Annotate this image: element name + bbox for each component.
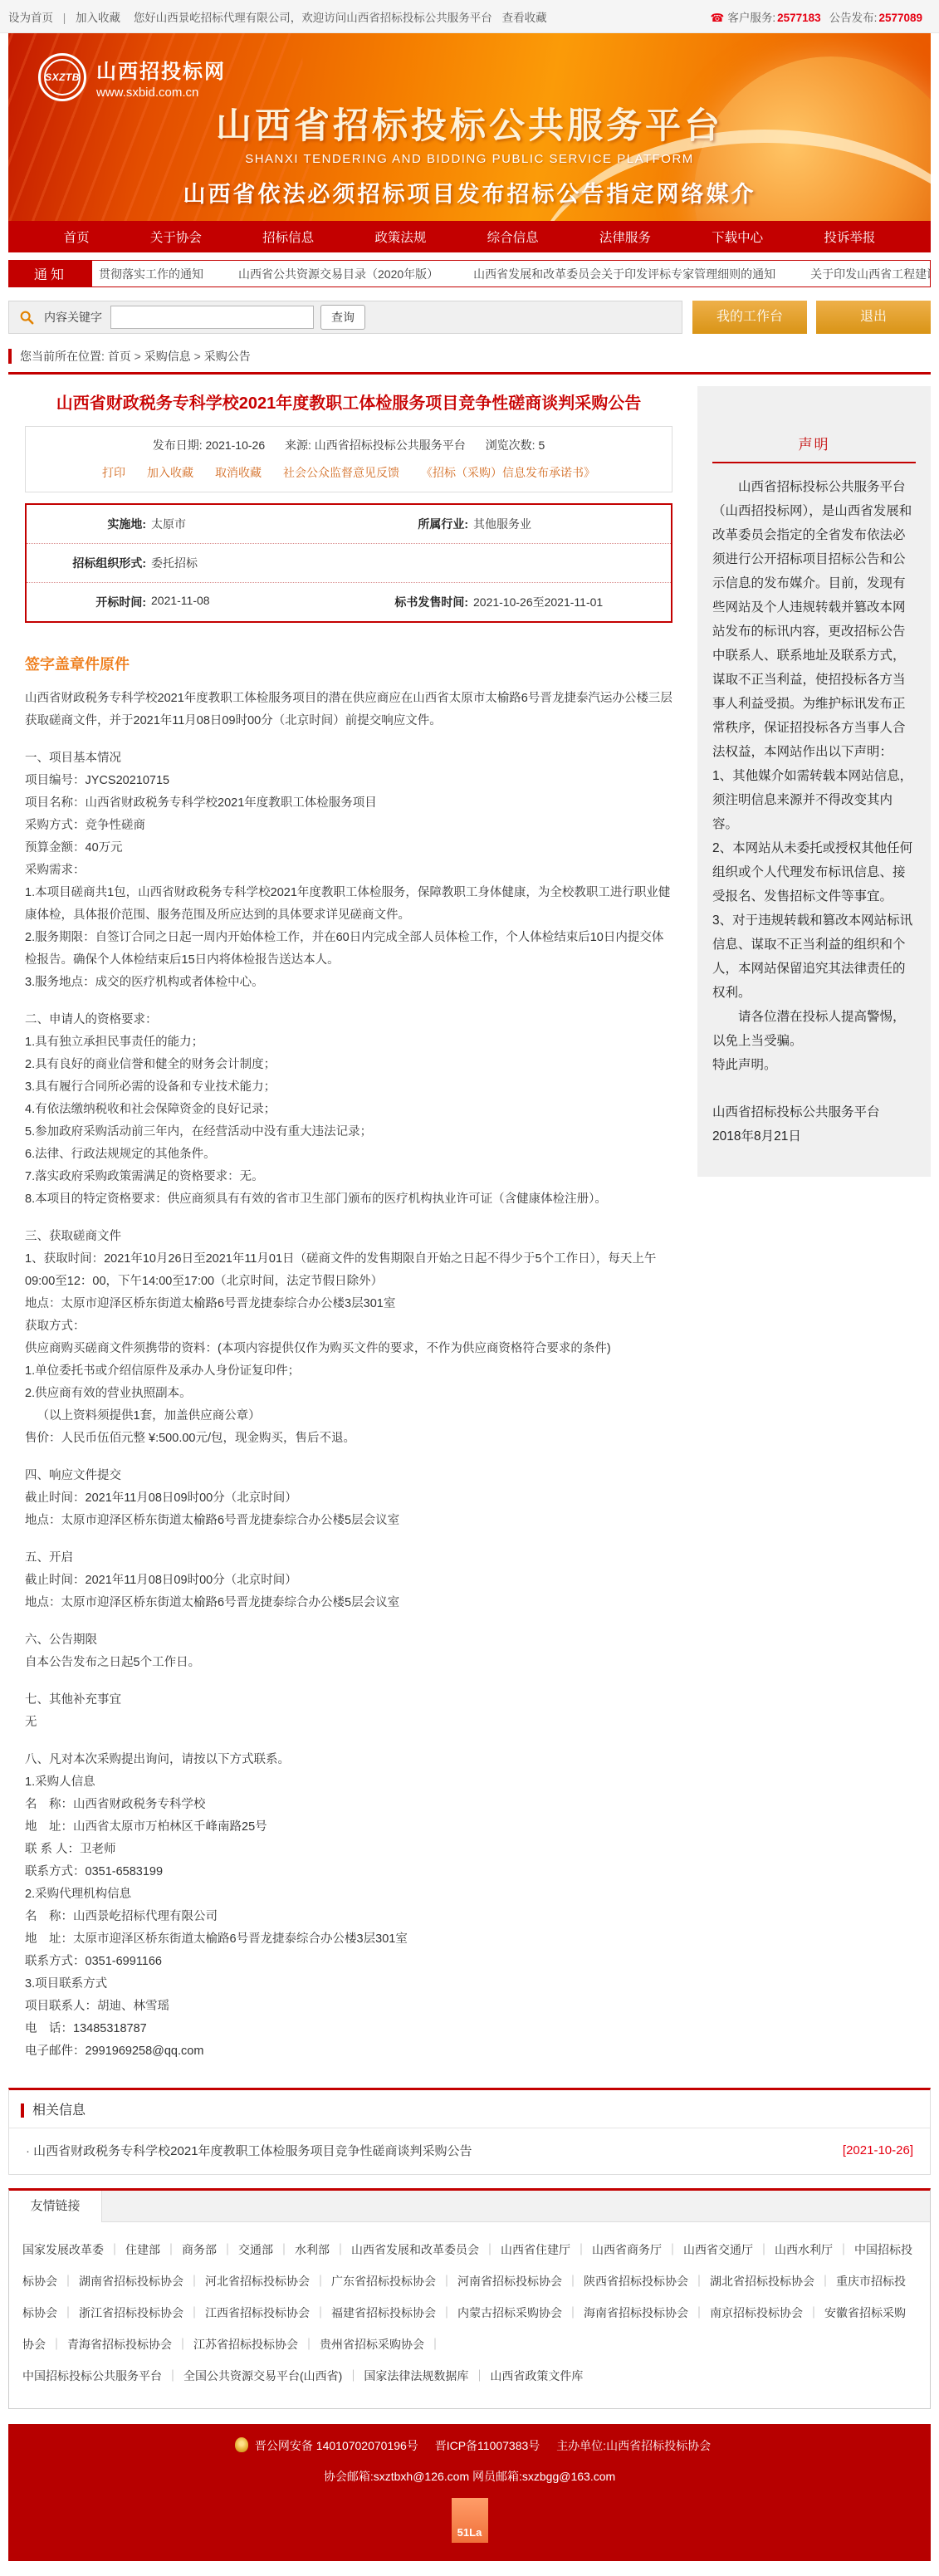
site-name: 山西招投标网 [96, 55, 226, 84]
article-line: 名 称：山西省财政税务专科学校 [25, 1794, 672, 1816]
article-line: 1.采购人信息 [25, 1771, 672, 1794]
publish-phone: 2577089 [878, 12, 922, 24]
table-row: 招标组织形式:委托招标 [27, 544, 671, 583]
article-line: 1.单位委托书或介绍信原件及承办人身份证复印件； [25, 1360, 672, 1383]
member-email: 网员邮箱:sxzbgg@163.com [472, 2470, 615, 2483]
logo-acronym: SXZTB [45, 71, 80, 83]
sale-value: 2021-10-26至2021-11-01 [473, 594, 603, 610]
meta-action-link[interactable]: 打印 [102, 466, 125, 479]
friend-link[interactable]: 广东省招标投标协会 [331, 2275, 457, 2288]
impl-label: 实施地: [27, 516, 151, 532]
notice-item-link[interactable]: 山西省发展和改革委员会关于印发评标专家管理细则的通知 [473, 267, 775, 281]
article-line: 项目联系人：胡迪、林雪瑶 [25, 1996, 672, 2018]
site-url: www.sxbid.com.cn [96, 86, 226, 100]
friend-link[interactable]: 山西省发展和改革委员会 [351, 2243, 501, 2256]
article-line: （以上资料须提供1套，加盖供应商公章） [25, 1405, 672, 1428]
article-line: 联 系 人：卫老师 [25, 1839, 672, 1861]
friend-link[interactable]: 河北省招标投标协会 [205, 2275, 331, 2288]
friend-link[interactable]: 贵州省招标采购协会 [320, 2338, 446, 2351]
doc-heading: 签字盖章件原件 [25, 653, 672, 674]
friend-link[interactable]: 山西省交通厅 [683, 2243, 775, 2256]
logout-button[interactable]: 退出 [816, 301, 931, 334]
site-logo[interactable]: SXZTB 山西招投标网 www.sxbid.com.cn [38, 53, 226, 101]
related-item-link[interactable]: 山西省财政税务专科学校2021年度教职工体检服务项目竞争性磋商谈判采购公告 [26, 2142, 472, 2159]
friend-link[interactable]: 江西省招标投标协会 [205, 2306, 331, 2319]
announcement-body: 签字盖章件原件 山西省财政税务专科学校2021年度教职工体检服务项目的潜在供应商… [25, 653, 672, 2063]
meta-action-link[interactable]: 《招标（采购）信息发布承诺书》 [421, 466, 595, 479]
friend-link[interactable]: 浙江省招标投标协会 [79, 2306, 205, 2319]
article-line: 供应商购买磋商文件须携带的资料：(本项内容提供仅作为购买文件的要求，不作为供应商… [25, 1338, 672, 1360]
friend-link[interactable]: 湖南省招标投标协会 [79, 2275, 205, 2288]
friend-link[interactable]: 湖北省招标投标协会 [710, 2275, 836, 2288]
icp-number: 晋ICP备11007383号 [435, 2439, 540, 2452]
platform-title-en: SHANXI TENDERING AND BIDDING PUBLIC SERV… [8, 152, 931, 166]
friend-link[interactable]: 内蒙古招标采购协会 [457, 2306, 584, 2319]
meta-actions: 打印加入收藏取消收藏社会公众监督意见反馈《招标（采购）信息发布承诺书》 [26, 464, 672, 481]
notice-label: 通知 [9, 261, 92, 286]
friend-links-box: 友情链接 国家发展改革委住建部商务部交通部水利部山西省发展和改革委员会山西省住建… [8, 2188, 931, 2409]
notice-item-link[interactable]: 关于印发山西省工程建设领域 [810, 267, 930, 281]
topbar-left: 设为首页 | 加入收藏 您好山西景屹招标代理有限公司，欢迎访问山西省招标投标公共… [8, 8, 547, 25]
article-line: 1.具有独立承担民事责任的能力； [25, 1031, 672, 1054]
org-label: 招标组织形式: [27, 555, 151, 571]
article-line: 预算金额：40万元 [25, 837, 672, 859]
article-line: 二、申请人的资格要求： [25, 1009, 672, 1031]
search-icon [19, 310, 34, 325]
nav-item[interactable]: 下载中心 [712, 228, 763, 246]
article-line: 2.供应商有效的营业执照副本。 [25, 1383, 672, 1405]
site-banner: SXZTB 山西招投标网 www.sxbid.com.cn 山西省招标投标公共服… [8, 33, 931, 221]
breadcrumb-item[interactable]: 采购信息 [144, 350, 204, 363]
nav-item[interactable]: 首页 [64, 228, 90, 246]
friend-link[interactable]: 江苏省招标投标协会 [193, 2338, 320, 2351]
article-line: 地 址：山西省太原市万柏林区千峰南路25号 [25, 1816, 672, 1839]
declaration-paragraph: 2、本网站从未委托或授权其他任何组织或个人代理发布标讯信息、接受报名、发售招标文… [712, 836, 916, 908]
declaration-sidebar: 声明 山西省招标投标公共服务平台（山西招投标网），是山西省发展和改革委员会指定的… [697, 386, 931, 1177]
friend-link[interactable]: 山西省商务厅 [592, 2243, 683, 2256]
security-badge-icon [235, 2437, 248, 2452]
friend-link[interactable]: 青海省招标投标协会 [67, 2338, 193, 2351]
article-line [25, 1450, 672, 1465]
friend-link[interactable]: 中国招标投标公共服务平台 [22, 2369, 183, 2383]
keyword-label: 内容关键字 [44, 309, 102, 326]
declaration-paragraph: 山西省招标投标公共服务平台（山西招投标网），是山西省发展和改革委员会指定的全省发… [712, 475, 916, 764]
nav-item[interactable]: 关于协会 [150, 228, 202, 246]
article-line [25, 994, 672, 1009]
article-line: 四、响应文件提交 [25, 1465, 672, 1487]
search-box: 内容关键字 查询 [8, 301, 682, 334]
friend-links-tab[interactable]: 友情链接 [9, 2191, 102, 2222]
publish-date: 发布日期: 2021-10-26 [153, 438, 265, 452]
top-utility-bar: 设为首页 | 加入收藏 您好山西景屹招标代理有限公司，欢迎访问山西省招标投标公共… [0, 0, 939, 33]
article-line: 8.本项目的特定资格要求：供应商须具有有效的省市卫生部门颁布的医疗机构执业许可证… [25, 1188, 672, 1211]
nav-item[interactable]: 招标信息 [262, 228, 314, 246]
article-line: 5.参加政府采购活动前三年内，在经营活动中没有重大违法记录； [25, 1121, 672, 1144]
meta-action-link[interactable]: 社会公众监督意见反馈 [283, 466, 399, 479]
industry-label: 所属行业: [349, 516, 473, 532]
declaration-paragraph: 2018年8月21日 [712, 1124, 916, 1148]
article-line: 联系方式：0351-6583199 [25, 1861, 672, 1883]
declaration-paragraph: 1、其他媒介如需转载本网站信息，须注明信息来源并不得改变其内容。 [712, 764, 916, 836]
workbench-button[interactable]: 我的工作台 [692, 301, 807, 334]
platform-tagline: 山西省依法必须招标项目发布招标公告指定网络媒介 [8, 176, 931, 208]
article-line: 自本公告发布之日起5个工作日。 [25, 1652, 672, 1674]
notice-item-link[interactable]: 山西省公共资源交易目录（2020年版） [238, 267, 438, 281]
set-home-link[interactable]: 设为首页 [8, 12, 53, 24]
logo-circle-icon: SXZTB [38, 53, 86, 101]
query-button[interactable]: 查询 [320, 305, 365, 330]
announcement-column: 山西省财政税务专科学校2021年度教职工体检服务项目竞争性磋商谈判采购公告 发布… [8, 386, 686, 2063]
article-line: 3.项目联系方式 [25, 1973, 672, 1996]
table-row: 开标时间:2021-11-08 标书发售时间:2021-10-26至2021-1… [27, 583, 671, 621]
friend-link[interactable]: 山西省住建厅 [501, 2243, 592, 2256]
article-line: 售价：人民币伍佰元整 ¥:500.00元/包，现金购买，售后不退。 [25, 1428, 672, 1450]
friend-link[interactable]: 南京招标投标协会 [710, 2306, 824, 2319]
org-value: 委托招标 [151, 555, 198, 571]
article-line [25, 1614, 672, 1629]
friend-link[interactable]: 海南省招标投标协会 [584, 2306, 710, 2319]
declaration-paragraph: 3、对于违规转载和篡改本网站标讯信息、谋取不正当利益的组织和个人，本网站保留追究… [712, 908, 916, 1005]
notice-bar: 通知 贯彻落实工作的通知山西省公共资源交易目录（2020年版）山西省发展和改革委… [8, 260, 931, 287]
article-line [25, 732, 672, 747]
meta-action-link[interactable]: 加入收藏 [147, 466, 193, 479]
beian-entry: 晋公网安备 14010702070196号 [228, 2439, 418, 2452]
article-line: 6.法律、行政法规规定的其他条件。 [25, 1144, 672, 1166]
main-nav: 首页关于协会招标信息政策法规综合信息法律服务下载中心投诉举报 [8, 221, 931, 252]
declaration-paragraph: 特此声明。 [712, 1053, 916, 1077]
notice-marquee: 贯彻落实工作的通知山西省公共资源交易目录（2020年版）山西省发展和改革委员会关… [92, 261, 930, 286]
table-row: 实施地:太原市 所属行业:其他服务业 [27, 505, 671, 544]
view-count: 浏览次数: 5 [486, 438, 545, 452]
article-line [25, 1211, 672, 1226]
article-line: 1、获取时间：2021年10月26日至2021年11月01日（磋商文件的发售期限… [25, 1248, 672, 1293]
keyword-input[interactable] [110, 306, 314, 329]
declaration-paragraph: 请各位潜在投标人提高警惕，以免上当受骗。 [712, 1005, 916, 1053]
announcement-title: 山西省财政税务专科学校2021年度教职工体检服务项目竞争性磋商谈判采购公告 [25, 393, 672, 414]
announcement-meta-box: 发布日期: 2021-10-26 来源: 山西省招标投标公共服务平台 浏览次数:… [25, 426, 672, 492]
article-line: 地点：太原市迎泽区桥东街道太榆路6号晋龙捷泰综合办公楼5层会议室 [25, 1592, 672, 1614]
nav-item[interactable]: 综合信息 [487, 228, 539, 246]
related-item-date: [2021-10-26] [843, 2143, 913, 2157]
article-line: 五、开启 [25, 1547, 672, 1570]
bottom-gap [0, 2561, 939, 2576]
nav-item[interactable]: 政策法规 [374, 228, 426, 246]
project-info-table: 实施地:太原市 所属行业:其他服务业 招标组织形式:委托招标 开标时间:2021… [25, 503, 672, 623]
article-line: 截止时间：2021年11月08日09时00分（北京时间） [25, 1487, 672, 1510]
article-line: 项目编号：JYCS20210715 [25, 770, 672, 792]
beian-link[interactable]: 晋公网安备 14010702070196号 [255, 2439, 418, 2452]
article-line: 采购需求： [25, 859, 672, 882]
phone-icon: ☎ [711, 12, 725, 24]
source: 来源: 山西省招标投标公共服务平台 [285, 438, 466, 452]
association-email: 协会邮箱:sxztbxh@126.com [324, 2470, 469, 2483]
article-line [25, 1734, 672, 1749]
article-line: 一、项目基本情况 [25, 747, 672, 770]
article-line: 六、公告期限 [25, 1629, 672, 1652]
visit-counter-badge[interactable]: 51La [452, 2498, 488, 2543]
open-label: 开标时间: [27, 594, 151, 610]
article-line: 电子邮件：2991969258@qq.com [25, 2040, 672, 2063]
related-info-box: 相关信息 山西省财政税务专科学校2021年度教职工体检服务项目竞争性磋商谈判采购… [8, 2088, 931, 2175]
breadcrumb-item[interactable]: 首页 [108, 350, 144, 363]
declaration-title: 声明 [712, 433, 916, 463]
friend-link[interactable]: 福建省招标投标协会 [331, 2306, 457, 2319]
sale-label: 标书发售时间: [349, 594, 473, 610]
friend-link[interactable]: 国家发展改革委 [22, 2243, 125, 2256]
open-value: 2021-11-08 [151, 594, 210, 610]
friend-link[interactable]: 商务部 [182, 2243, 238, 2256]
article-line: 八、凡对本次采购提出询问，请按以下方式联系。 [25, 1749, 672, 1771]
meta-line: 发布日期: 2021-10-26 来源: 山西省招标投标公共服务平台 浏览次数:… [26, 437, 672, 453]
friend-link[interactable]: 山西省政策文件库 [490, 2369, 593, 2383]
article-line: 截止时间：2021年11月08日09时00分（北京时间） [25, 1570, 672, 1592]
industry-value: 其他服务业 [473, 516, 531, 532]
article-line: 三、获取磋商文件 [25, 1226, 672, 1248]
friend-link[interactable]: 国家法律法规数据库 [364, 2369, 490, 2383]
friend-link[interactable]: 水利部 [295, 2243, 351, 2256]
user-greeting: 您好山西景屹招标代理有限公司，欢迎访问山西省招标投标公共服务平台 [134, 12, 492, 24]
article-line [25, 1674, 672, 1689]
nav-item[interactable]: 法律服务 [599, 228, 651, 246]
service-label: 客户服务: [727, 12, 775, 24]
article-line: 电 话：13485318787 [25, 2018, 672, 2040]
page-footer: 晋公网安备 14010702070196号 晋ICP备11007383号 主办单… [8, 2424, 931, 2561]
article-line: 2.具有良好的商业信誉和健全的财务会计制度； [25, 1054, 672, 1076]
article-line: 2.采购代理机构信息 [25, 1883, 672, 1906]
friend-link[interactable]: 住建部 [125, 2243, 182, 2256]
notice-item-link[interactable]: 贯彻落实工作的通知 [99, 267, 203, 281]
search-row: 内容关键字 查询 我的工作台 退出 [8, 301, 931, 334]
article-line: 地 址：太原市迎泽区桥东街道太榆路6号晋龙捷泰综合办公楼3层301室 [25, 1928, 672, 1951]
article-line [25, 1532, 672, 1547]
article-line: 七、其他补充事宜 [25, 1689, 672, 1712]
article-line: 3.具有履行合同所必需的设备和专业技术能力； [25, 1076, 672, 1099]
friend-link[interactable]: 全国公共资源交易平台(山西省) [183, 2369, 364, 2383]
related-title: 相关信息 [21, 2103, 86, 2118]
publish-label: 公告发布: [829, 12, 878, 24]
breadcrumb: 您当前所在位置: 首页采购信息采购公告 [8, 349, 931, 364]
declaration-paragraph: 山西省招标投标公共服务平台 [712, 1100, 916, 1124]
friend-link[interactable]: 山西水利厅 [775, 2243, 854, 2256]
article-line: 项目名称：山西省财政税务专科学校2021年度教职工体检服务项目 [25, 792, 672, 815]
friend-link[interactable]: 陕西省招标投标协会 [584, 2275, 710, 2288]
article-line: 3.服务地点：成交的医疗机构或者体检中心。 [25, 972, 672, 994]
article-line: 4.有依法缴纳税收和社会保障资金的良好记录； [25, 1099, 672, 1121]
meta-action-link[interactable]: 取消收藏 [215, 466, 262, 479]
article-line: 无 [25, 1712, 672, 1734]
platform-title: 山西省招标投标公共服务平台 [8, 98, 931, 149]
article-line: 2.服务期限：自签订合同之日起一周内开始体检工作，并在60日内完成全部人员体检工… [25, 927, 672, 972]
article-line: 地点：太原市迎泽区桥东街道太榆路6号晋龙捷泰综合办公楼3层301室 [25, 1293, 672, 1315]
article-line: 山西省财政税务专科学校2021年度教职工体检服务项目的潜在供应商应在山西省太原市… [25, 688, 672, 732]
friend-link[interactable]: 河南省招标投标协会 [457, 2275, 584, 2288]
breadcrumb-item[interactable]: 采购公告 [204, 350, 251, 363]
article-line: 1.本项目磋商共1包，山西省财政税务专科学校2021年度教职工体检服务，保障教职… [25, 882, 672, 927]
impl-value: 太原市 [151, 516, 186, 532]
breadcrumb-prefix: 您当前所在位置: [20, 350, 105, 363]
red-divider [8, 372, 931, 375]
service-phone: 2577183 [777, 12, 821, 24]
friend-link[interactable]: 交通部 [238, 2243, 295, 2256]
article-line: 地点：太原市迎泽区桥东街道太榆路6号晋龙捷泰综合办公楼5层会议室 [25, 1510, 672, 1532]
article-line: 名 称：山西景屹招标代理有限公司 [25, 1906, 672, 1928]
nav-item[interactable]: 投诉举报 [824, 228, 875, 246]
related-item: 山西省财政税务专科学校2021年度教职工体检服务项目竞争性磋商谈判采购公告 [2… [9, 2128, 930, 2174]
service-hotline: ☎客户服务:2577183公告发布:2577089 [711, 8, 931, 25]
article-line: 获取方式： [25, 1315, 672, 1338]
article-line: 7.落实政府采购政策需满足的资格要求：无。 [25, 1166, 672, 1188]
article-line: 采购方式：竞争性磋商 [25, 815, 672, 837]
organizer: 主办单位:山西省招标投标协会 [556, 2439, 711, 2452]
view-favorite-link[interactable]: 查看收藏 [502, 12, 547, 24]
topbar-divider: | [63, 12, 66, 24]
article-line: 联系方式：0351-6991166 [25, 1951, 672, 1973]
add-favorite-link[interactable]: 加入收藏 [76, 12, 120, 24]
